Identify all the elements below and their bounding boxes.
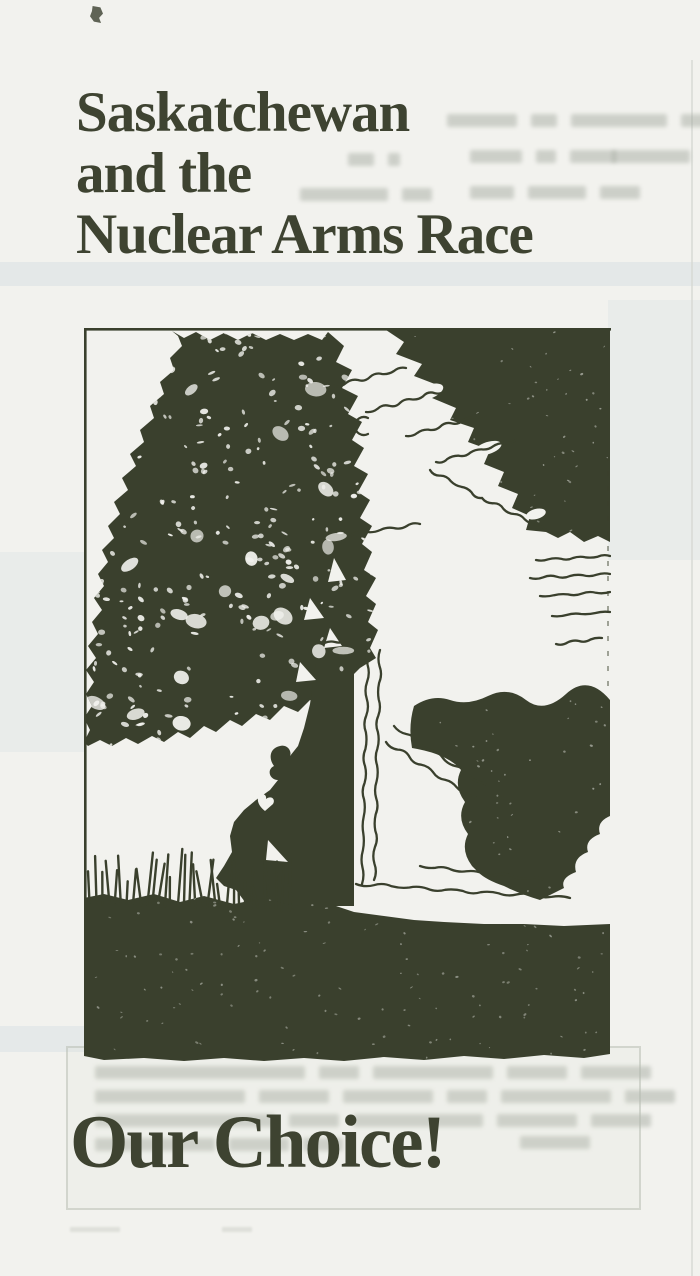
bleed-through-mark [222,1227,252,1232]
frame-left-line [84,328,87,904]
ground [84,894,610,1061]
title-line-2: and the [76,143,533,204]
pamphlet-cover: Saskatchewan and the Nuclear Arms Race [0,0,700,1276]
woodcut-illustration [84,328,611,1063]
pamphlet-caption: Our Choice! [70,1104,445,1182]
bleed-through-mark [70,1227,120,1232]
bleed-through-line [612,150,690,163]
dark-sky [386,330,610,542]
scan-speck [90,6,103,23]
page-edge-line [691,60,693,1276]
title-line-3: Nuclear Arms Race [76,204,533,265]
scan-tint-band [0,552,84,752]
pamphlet-title: Saskatchewan and the Nuclear Arms Race [76,82,533,265]
scan-tint-band [608,300,700,560]
title-line-1: Saskatchewan [76,82,533,143]
